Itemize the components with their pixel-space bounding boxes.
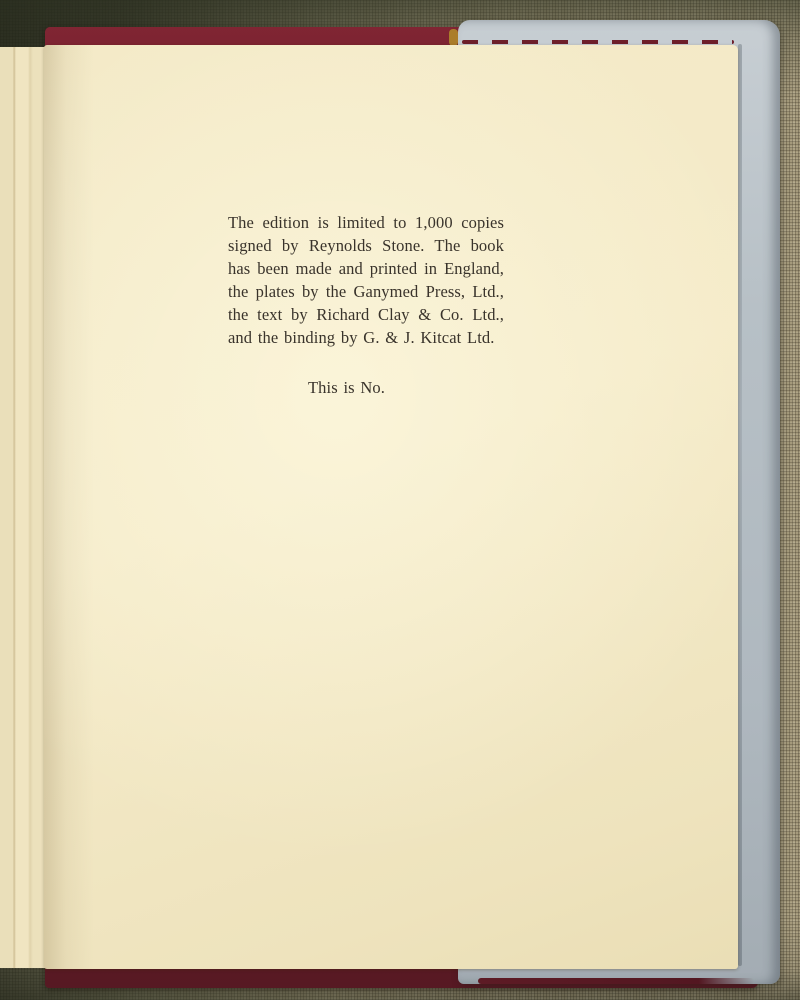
cover-edge-peek-top (462, 40, 734, 44)
colophon-line-2: signed by Reynolds Stone. The book (228, 234, 504, 257)
cover-edge-peek-bottom (478, 978, 754, 984)
colophon-line-6: and the binding by G. & J. Kitcat Ltd. (228, 326, 504, 349)
colophon-line-1: The edition is limited to 1,000 copies (228, 211, 504, 234)
limitation-number-line: This is No. (228, 376, 504, 399)
limitation-page: The edition is limited to 1,000 copies s… (44, 45, 738, 969)
gilt-speck (449, 29, 458, 46)
colophon-line-3: has been made and printed in England, (228, 257, 504, 280)
colophon-text-block: The edition is limited to 1,000 copies s… (228, 211, 504, 399)
colophon-line-4: the plates by the Ganymed Press, Ltd., (228, 280, 504, 303)
page-fore-edges-left (0, 47, 46, 968)
book-photo-scene: The edition is limited to 1,000 copies s… (0, 0, 800, 1000)
colophon-line-5: the text by Richard Clay & Co. Ltd., (228, 303, 504, 326)
